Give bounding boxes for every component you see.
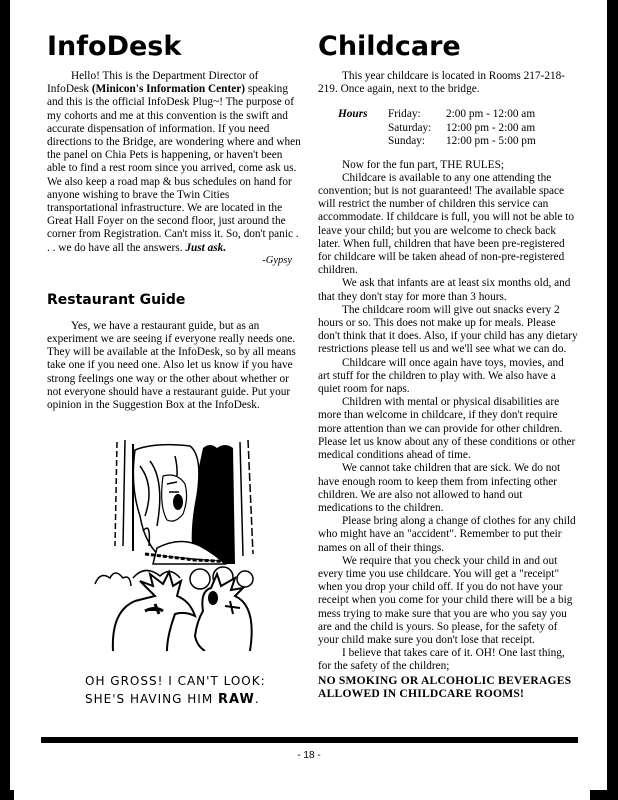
no-smoking-warning: NO SMOKING OR ALCOHOLIC BEVERAGES ALLOWE… bbox=[318, 674, 578, 701]
hours-label: Hours bbox=[338, 108, 388, 121]
hours-day: Sunday: bbox=[388, 135, 446, 148]
rule-paragraph: Childcare will once again have toys, mov… bbox=[318, 357, 578, 397]
cartoon-illustration bbox=[85, 436, 260, 651]
childcare-location: This year childcare is located in Rooms … bbox=[318, 70, 578, 96]
infodesk-heading: InfoDesk bbox=[47, 32, 302, 62]
restaurant-guide-body: Yes, we have a restaurant guide, but as … bbox=[47, 320, 302, 412]
page-number: - 18 - bbox=[0, 750, 618, 761]
rule-paragraph: We cannot take children that are sick. W… bbox=[318, 462, 578, 515]
rules-intro: Now for the fun part, THE RULES; bbox=[318, 159, 578, 172]
scan-edge-right bbox=[607, 0, 618, 800]
infodesk-body: Hello! This is the Department Director o… bbox=[47, 70, 302, 255]
caption-punct: . bbox=[255, 692, 260, 706]
scan-edge-left-bottom bbox=[0, 790, 14, 800]
infodesk-bold-text: (Minicon's Information Center) bbox=[92, 83, 245, 95]
footer-rule bbox=[41, 737, 578, 743]
rule-paragraph: Children with mental or physical disabil… bbox=[318, 396, 578, 462]
infodesk-text-2: speaking and this is the official InfoDe… bbox=[47, 83, 301, 253]
scan-edge-left bbox=[0, 0, 10, 800]
hours-time: 2:00 pm - 12:00 am bbox=[446, 108, 578, 121]
caption-line-2: SHE'S HAVING HIM RAW. bbox=[85, 690, 266, 709]
hours-day: Friday: bbox=[388, 108, 446, 121]
caption-line-1: OH GROSS! I CAN'T LOOK: bbox=[85, 672, 266, 690]
hours-day: Saturday: bbox=[388, 122, 446, 135]
childcare-heading: Childcare bbox=[318, 32, 578, 62]
rule-paragraph: The childcare room will give out snacks … bbox=[318, 304, 578, 357]
right-column: Childcare This year childcare is located… bbox=[318, 24, 578, 700]
rule-paragraph: Childcare is available to any one attend… bbox=[318, 172, 578, 278]
infodesk-emphasis: Just ask. bbox=[185, 242, 226, 254]
left-column: InfoDesk Hello! This is the Department D… bbox=[47, 24, 302, 412]
rule-paragraph: We require that you check your child in … bbox=[318, 555, 578, 647]
rule-paragraph: Please bring along a change of clothes f… bbox=[318, 515, 578, 555]
childcare-hours-table: Hours Friday: 2:00 pm - 12:00 am Saturda… bbox=[338, 108, 578, 148]
infodesk-signature: -Gypsy bbox=[47, 255, 302, 267]
restaurant-guide-heading: Restaurant Guide bbox=[47, 291, 302, 309]
rule-paragraph: I believe that takes care of it. OH! One… bbox=[318, 647, 578, 673]
rule-paragraph: We ask that infants are at least six mon… bbox=[318, 277, 578, 303]
cartoon-drawing-icon bbox=[85, 436, 260, 651]
cartoon-caption: OH GROSS! I CAN'T LOOK: SHE'S HAVING HIM… bbox=[85, 672, 266, 709]
hours-time: 12:00 pm - 2:00 am bbox=[446, 122, 578, 135]
scan-edge-right-bottom bbox=[590, 790, 618, 800]
caption-emphasis: RAW bbox=[218, 692, 255, 707]
caption-text: SHE'S HAVING HIM bbox=[85, 692, 218, 706]
hours-time: 12:00 pm - 5:00 pm bbox=[446, 135, 578, 148]
